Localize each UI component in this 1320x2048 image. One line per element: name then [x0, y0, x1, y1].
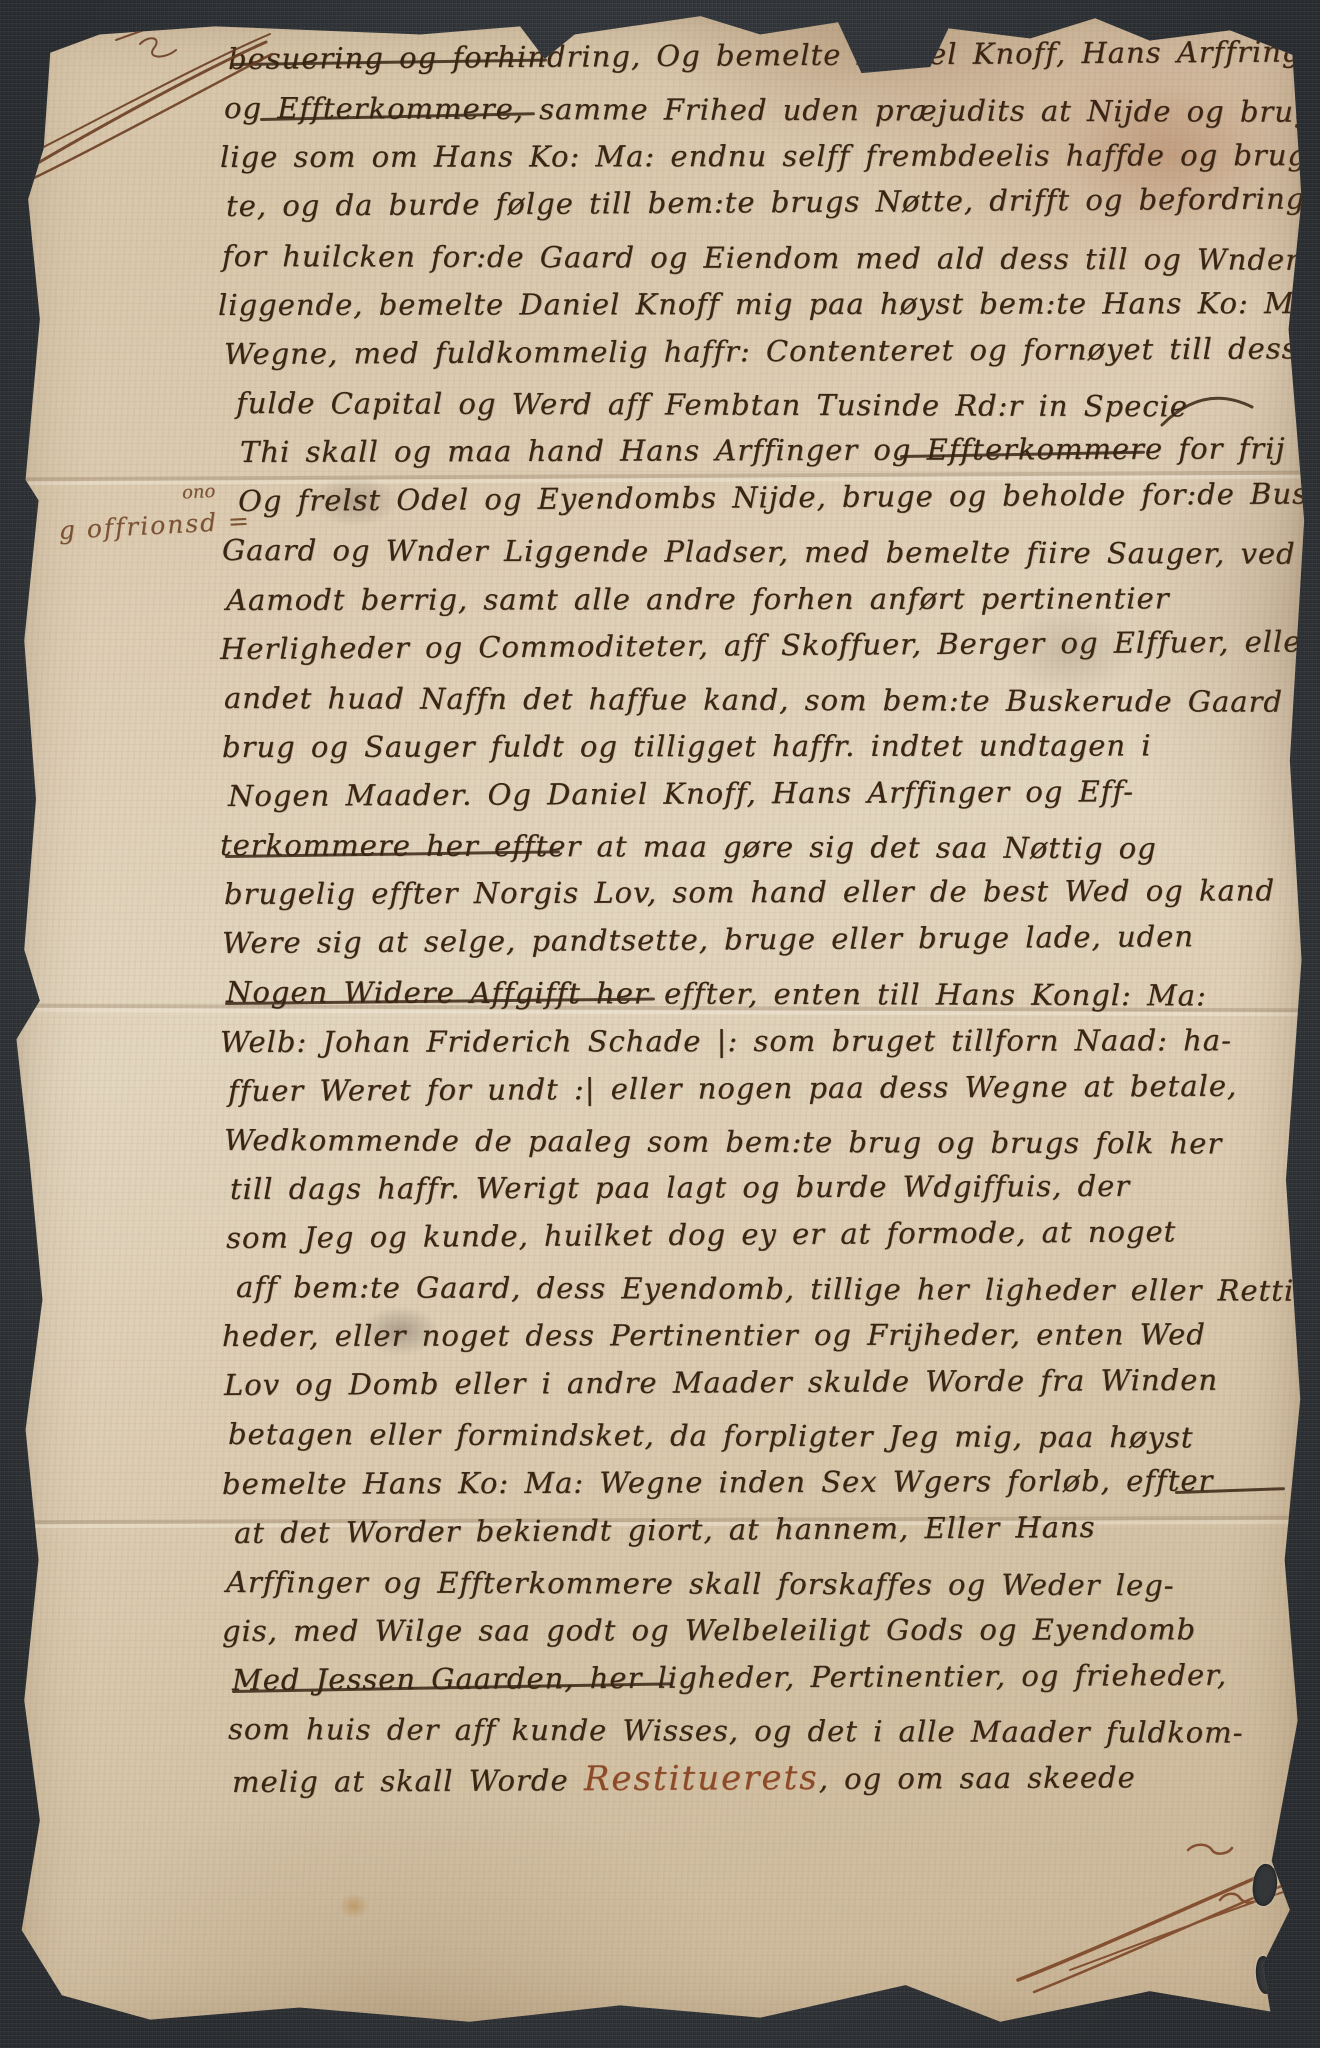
manuscript-line: andet huad Naffn det haffue kand, som be… [224, 683, 1283, 719]
manuscript-line: bemelte Hans Ko: Ma: Wegne inden Sex Wge… [222, 1466, 1213, 1501]
photographed-manuscript-page: { "manuscript": { "margin_note": { "smal… [0, 0, 1320, 2048]
manuscript-line: liggende, bemelte Daniel Knoff mig paa h… [218, 288, 1320, 322]
manuscript-line: terkommere her effter at maa gøre sig de… [220, 830, 1157, 865]
manuscript-line: Lov og Domb eller i andre Maader skulde … [224, 1365, 1218, 1402]
manuscript-line: ffuer Weret for undt :| eller nogen paa … [228, 1071, 1237, 1108]
manuscript-line: Nogen Maader. Og Daniel Knoff, Hans Arff… [228, 776, 1134, 813]
rust-spot [340, 1894, 368, 1918]
manuscript-line: Were sig at selge, pandtsette, bruge ell… [222, 921, 1194, 960]
manuscript-paper-sheet: ono g offrionsd = besuering og forhindri… [10, 6, 1308, 2040]
manuscript-line: fulde Capital og Werd aff Fembtan Tusind… [236, 388, 1188, 423]
manuscript-line: for huilcken for:de Gaard og Eiendom med… [222, 241, 1311, 277]
manuscript-line: Arffinger og Effterkommere skall forskaf… [226, 1567, 1175, 1602]
manuscript-line: Gaard og Wnder Liggende Pladser, med bem… [222, 535, 1296, 571]
manuscript-line: Og frelst Odel og Eyendombs Nijde, bruge… [238, 478, 1320, 518]
manuscript-line: som Jeg og kunde, huilket dog ey er at f… [226, 1216, 1177, 1255]
manuscript-line: Wedkommende de paaleg som bem:te brug og… [224, 1125, 1222, 1160]
manuscript-line: brug og Sauger fuldt og tilligget haffr.… [222, 730, 1152, 764]
manuscript-line: betagen eller formindsket, da forpligter… [228, 1419, 1194, 1454]
manuscript-line-final: melig at skall Worde Restituerets, og om… [232, 1758, 1136, 1800]
manuscript-line: at det Worder bekiendt giort, at hannem,… [234, 1512, 1096, 1550]
manuscript-line: Herligheder og Commoditeter, aff Skoffue… [220, 626, 1316, 666]
manuscript-line: lige som om Hans Ko: Ma: endnu selff fre… [220, 140, 1318, 174]
manuscript-line: aff bem:te Gaard, dess Eyendomb, tillige… [236, 1272, 1320, 1308]
final-line-pre: melig at skall Worde [232, 1763, 584, 1799]
final-line-post: , og om saa skeede [819, 1760, 1136, 1796]
manuscript-line: gis, med Wilge saa godt og Welbeleiligt … [222, 1614, 1196, 1648]
restituerets-red-ink-word: Restituerets [584, 1758, 819, 1799]
manuscript-line: te, og da burde følge till bem:te brugs … [226, 183, 1320, 223]
manuscript-line: og Effterkommere, samme Frihed uden præj… [224, 93, 1320, 129]
manuscript-line: Welb: Johan Friderich Schade |: som brug… [220, 1025, 1232, 1059]
manuscript-line: Wegne, med fuldkommelig haffr: Contenter… [224, 333, 1298, 371]
manuscript-line: besuering og forhindring, Og bemelte Dan… [228, 36, 1312, 75]
manuscript-line: som huis der aff kunde Wisses, og det i … [228, 1714, 1244, 1749]
manuscript-line: Nogen Widere Affgifft her effter, enten … [226, 977, 1207, 1012]
manuscript-line: till dags haffr. Werigt paa lagt og burd… [230, 1171, 1130, 1206]
manuscript-line: Aamodt berrig, samt alle andre forhen an… [226, 583, 1170, 617]
manuscript-line: heder, eller noget dess Pertinentier og … [222, 1319, 1206, 1353]
manuscript-line: Med Jessen Gaarden, her ligheder, Pertin… [232, 1660, 1227, 1697]
manuscript-line: brugelig effter Norgis Lov, som hand ell… [224, 875, 1275, 911]
